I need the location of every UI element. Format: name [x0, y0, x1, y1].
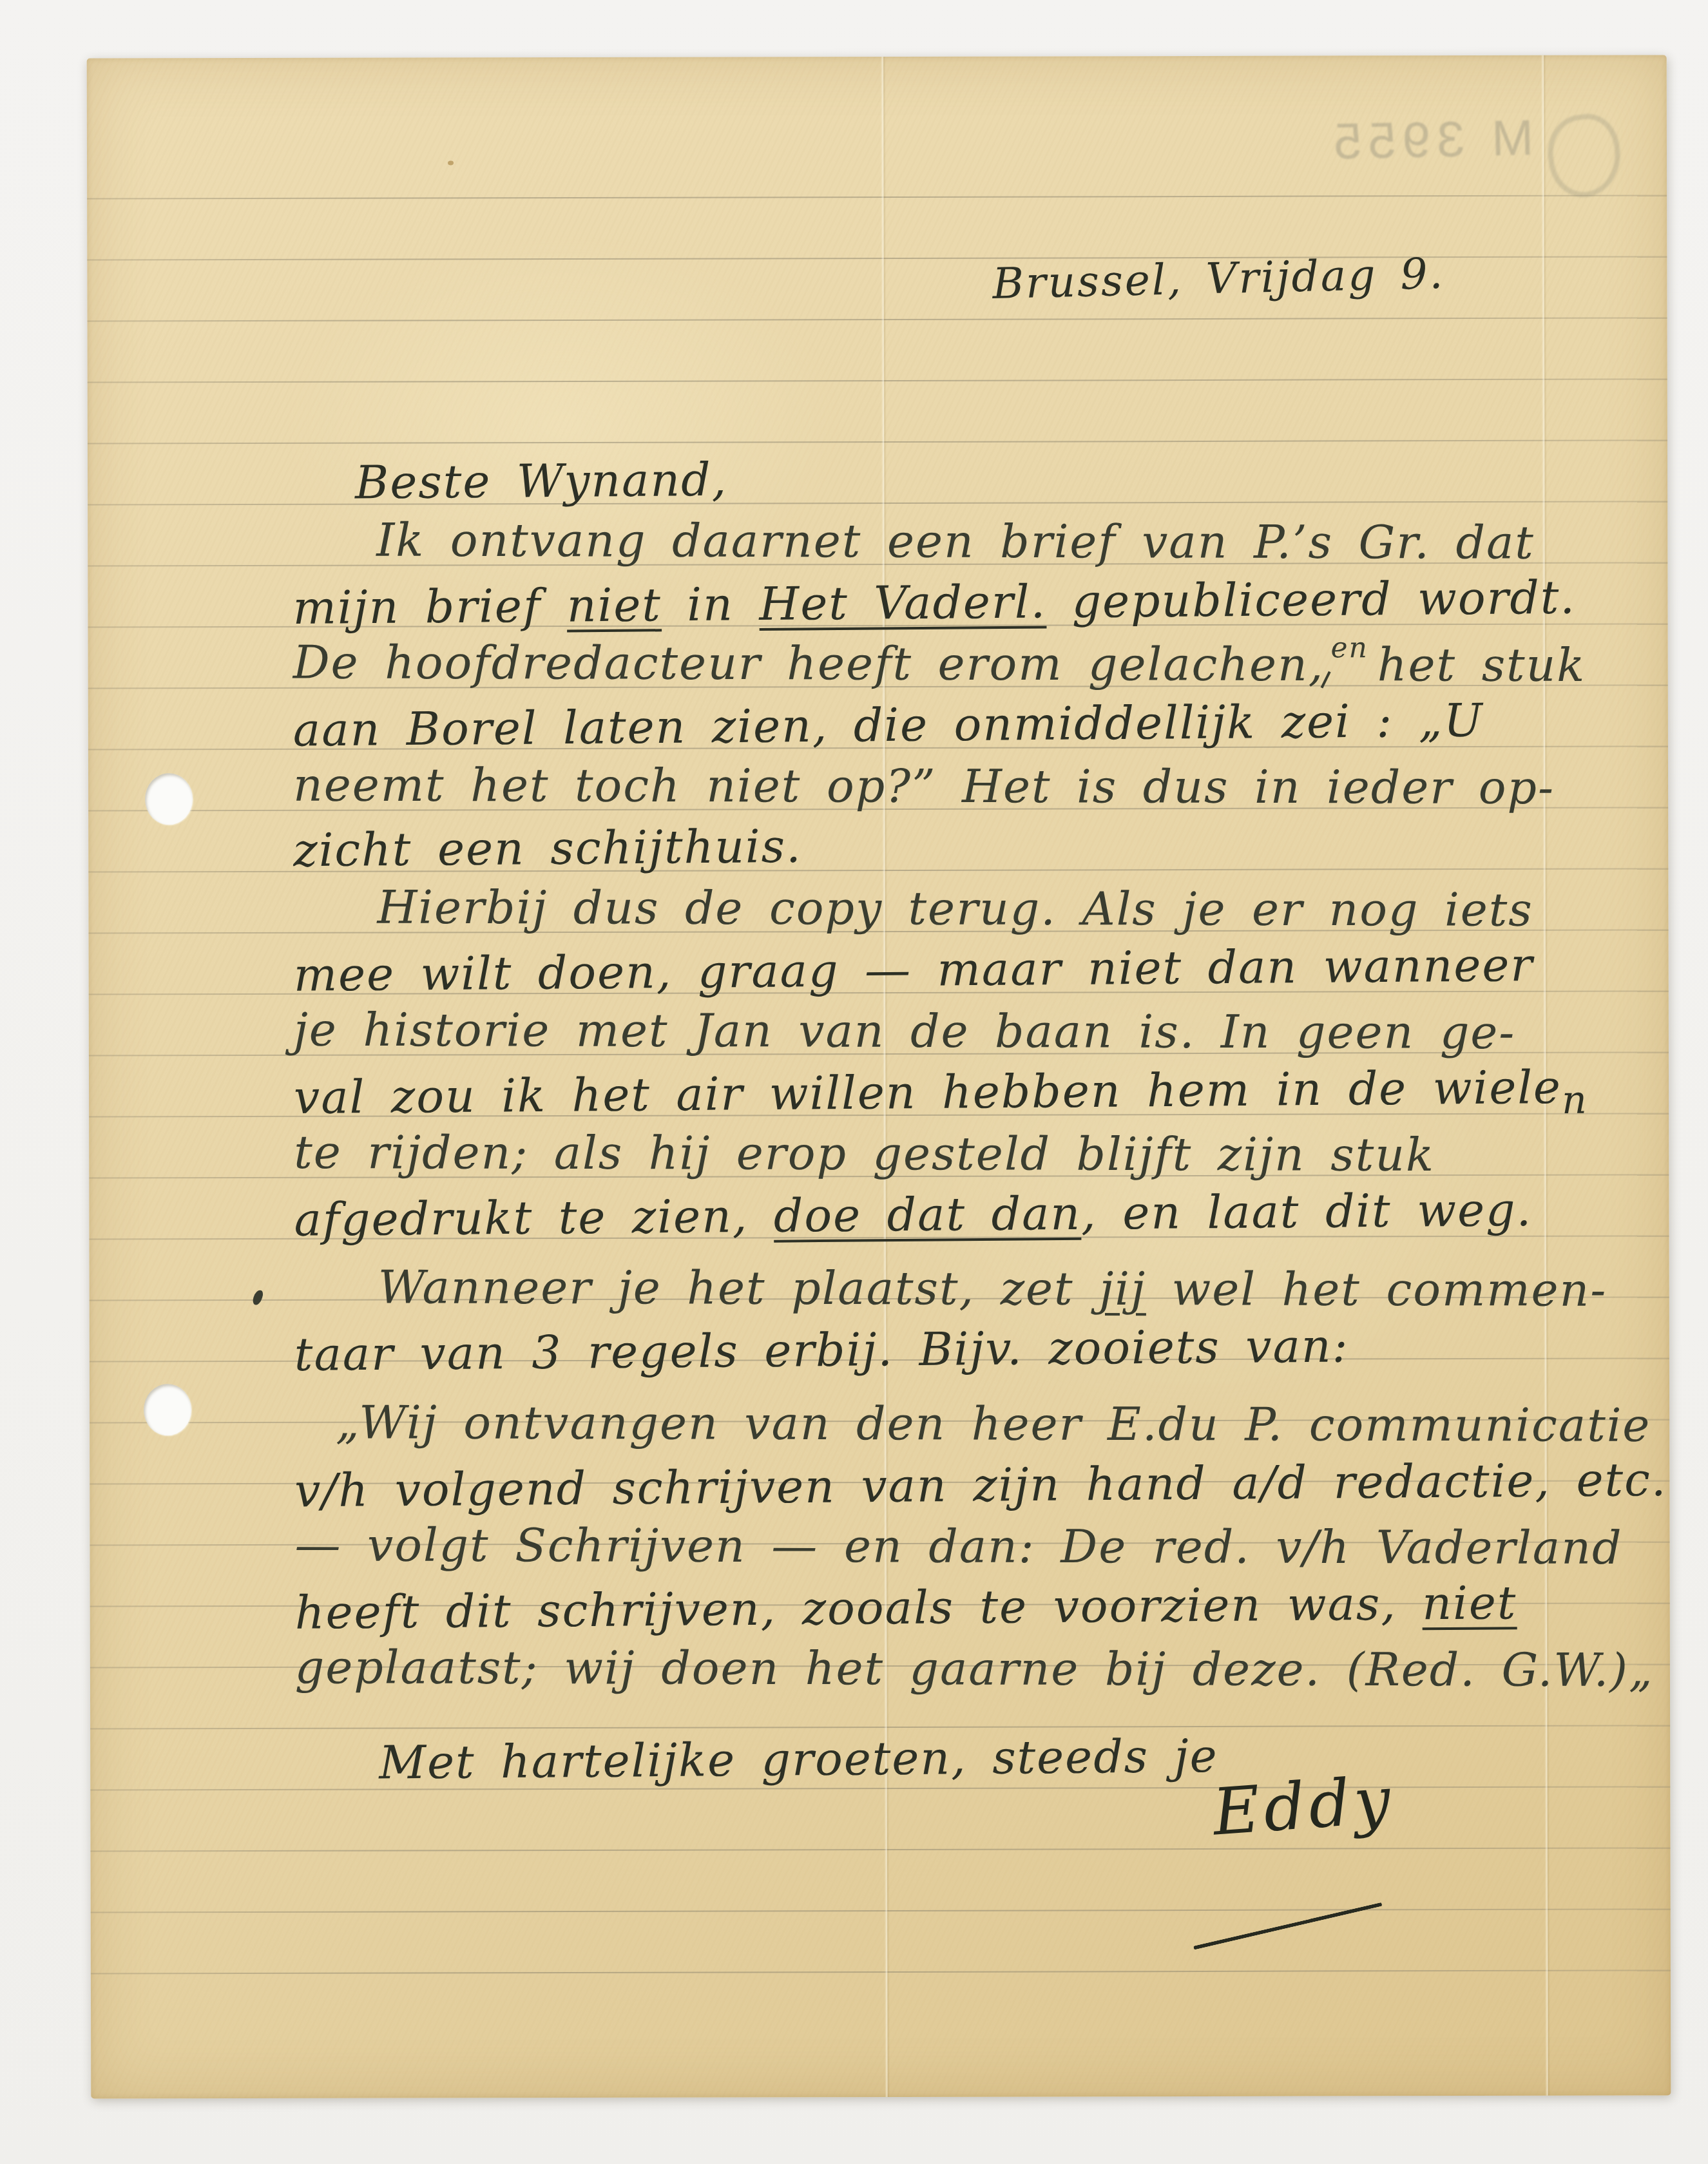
handwriting-line: Ik ontvang daarnet een brief van P.’s Gr… — [376, 510, 1535, 573]
signature: Eddy — [1211, 1765, 1397, 1848]
handwriting-segment: gepubliceerd wordt. — [1046, 571, 1577, 629]
handwriting-segment: Het Vaderl. — [759, 575, 1046, 631]
letter-scan: M 3955 Brussel, Vrijdag 9. Beste Wynand,… — [0, 0, 1708, 2164]
handwriting-segment: „Wij ontvangen van den heer E.du P. comm… — [336, 1395, 1651, 1452]
handwriting-segment: en — [1330, 617, 1368, 678]
handwriting-segment: in — [661, 577, 759, 631]
handwriting-segment: het stuk — [1377, 638, 1586, 692]
handwriting-line: heeft dit schrijven, zooals te voorzien … — [294, 1572, 1517, 1643]
handwriting-segment: Met hartelijke groeten, steeds je — [379, 1729, 1218, 1790]
handwriting-line: neemt het toch niet op?” Het is dus in i… — [293, 754, 1555, 818]
handwriting-segment: geplaatst; wij doen het gaarne bij deze.… — [295, 1640, 1654, 1697]
handwriting-line: afgedrukt te zien, doe dat dan, en laat … — [294, 1179, 1532, 1250]
handwriting-segment: doe dat dan — [774, 1187, 1082, 1243]
handwriting-line: aan Borel laten zien, die onmiddellijk z… — [293, 689, 1483, 760]
handwriting-segment: v/h volgend schrijven van zijn hand a/d … — [294, 1453, 1667, 1517]
handwriting-segment: afgedrukt te zien, — [294, 1189, 774, 1247]
handwriting-line: val zou ik het air willen hebben hem in … — [294, 1057, 1588, 1131]
handwriting-segment: wel het commen- — [1146, 1262, 1607, 1317]
handwriting-segment: Ik ontvang daarnet een brief van P.’s Gr… — [376, 513, 1535, 570]
handwriting-line: zicht een schijthuis. — [293, 816, 802, 881]
handwriting-segment: val zou ik het air willen hebben hem in … — [294, 1060, 1562, 1124]
handwriting-segment: De hoofdredacteur heeft erom gelachen, — [293, 636, 1325, 692]
handwriting-segment: je historie met Jan van de baan is. In g… — [294, 1003, 1516, 1059]
handwriting-segment: aan Borel laten zien, die onmiddellijk z… — [293, 693, 1484, 756]
handwriting-segment: zicht een schijthuis. — [293, 819, 802, 877]
paper: M 3955 Brussel, Vrijdag 9. Beste Wynand,… — [87, 55, 1671, 2098]
handwriting-segment: jij — [1099, 1262, 1146, 1316]
handwriting-line: mee wilt doen, graag — maar niet dan wan… — [293, 934, 1533, 1006]
handwriting-line: Hierbij dus de copy terug. Als je er nog… — [377, 877, 1533, 941]
handwriting-segment: Hierbij dus de copy terug. Als je er nog… — [377, 881, 1533, 937]
handwriting-segment: taar van 3 regels erbij. Bijv. zooiets v… — [294, 1319, 1349, 1381]
handwriting-segment: te rijden; als hij erop gesteld blijft z… — [294, 1125, 1435, 1182]
handwriting-segment: Wanneer je het plaatst, zet — [378, 1260, 1100, 1316]
handwriting-line: mijn brief niet in Het Vaderl. gepublice… — [293, 567, 1576, 638]
handwriting-segment: — volgt Schrijven — en dan: De red. v/h … — [294, 1518, 1622, 1575]
handwriting-segment: niet — [566, 578, 662, 632]
handwriting-line: Met hartelijke groeten, steeds je — [379, 1725, 1218, 1794]
handwriting-line: taar van 3 regels erbij. Bijv. zooiets v… — [294, 1315, 1349, 1384]
handwriting-line: geplaatst; wij doen het gaarne bij deze.… — [295, 1636, 1654, 1701]
handwriting-segment: mijn brief — [293, 579, 567, 634]
handwriting-segment: , en laat dit weg. — [1081, 1183, 1533, 1240]
handwriting-line: te rijden; als hij erop gesteld blijft z… — [294, 1122, 1435, 1185]
handwriting-segment: neemt het toch niet op?” Het is dus in i… — [293, 758, 1555, 814]
handwriting-line: — volgt Schrijven — en dan: De red. v/h … — [294, 1514, 1622, 1578]
handwriting-line: Wanneer je het plaatst, zet jij wel het … — [378, 1256, 1607, 1320]
handwriting-segment: heeft dit schrijven, zooals te voorzien … — [294, 1576, 1422, 1639]
handwriting-line: Beste Wynand, — [355, 449, 728, 513]
handwriting-segment: n — [1562, 1070, 1588, 1131]
handwriting-segment: Beste Wynand, — [355, 453, 728, 510]
handwriting-line: v/h volgend schrijven van zijn hand a/d … — [294, 1449, 1667, 1521]
handwriting-body: Beste Wynand,Ik ontvang daarnet een brie… — [87, 55, 1671, 2098]
handwriting-segment: mee wilt doen, graag — maar niet dan wan… — [293, 938, 1533, 1002]
handwriting-line: „Wij ontvangen van den heer E.du P. comm… — [336, 1392, 1651, 1456]
handwriting-segment: niet — [1422, 1576, 1517, 1630]
handwriting-line: je historie met Jan van de baan is. In g… — [294, 999, 1516, 1063]
